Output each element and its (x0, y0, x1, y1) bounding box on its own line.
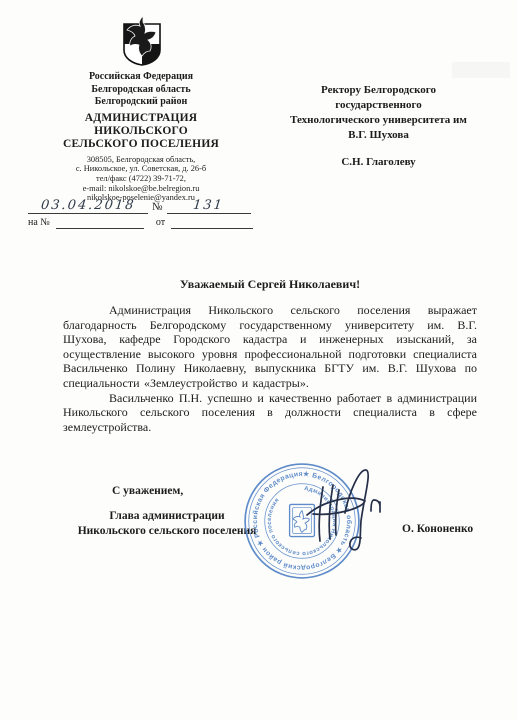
reply-date-blank (171, 217, 253, 229)
reply-number-blank (56, 217, 144, 229)
number-sign: № (152, 201, 163, 213)
scanned-letter-page: Российская Федерация Белгородская област… (0, 0, 517, 720)
salutation: Уважаемый Сергей Николаевич! (63, 277, 477, 292)
reference-row-reply: на № от (28, 217, 264, 229)
reply-na-label: на № (28, 217, 50, 229)
letterhead-country: Российская Федерация (30, 71, 252, 84)
addressee-block: Ректору Белгородского государственного Т… (252, 83, 505, 170)
closing-phrase: С уважением, (112, 485, 183, 497)
letterhead-district: Белгородский район (30, 96, 252, 109)
outgoing-number-handwritten: 131 (192, 198, 224, 213)
addressee-name: С.Н. Глаголеву (252, 155, 505, 170)
signature-ink (303, 453, 398, 561)
letter-body: Уважаемый Сергей Николаевич! Администрац… (63, 277, 477, 434)
scan-artifact (452, 62, 510, 78)
reference-block: 03.04.2018 № 131 на № от (28, 198, 264, 229)
reference-row-outgoing: 03.04.2018 № 131 (28, 198, 264, 214)
letterhead-region: Белгородская область (30, 84, 252, 97)
reply-ot-label: от (156, 217, 165, 229)
org-name: АДМИНИСТРАЦИЯ НИКОЛЬСКОГО СЕЛЬСКОГО ПОСЕ… (30, 112, 252, 151)
address-block: 308505, Белгородская область, с. Никольс… (30, 155, 252, 204)
coat-of-arms-icon (119, 15, 165, 71)
body-paragraph-1: Администрация Никольского сельского посе… (63, 303, 477, 391)
outgoing-date-handwritten: 03.04.2018 (40, 198, 136, 213)
body-paragraph-2: Васильченко П.Н. успешно и качественно р… (63, 391, 477, 435)
signer-name: О. Кононенко (402, 523, 473, 535)
letterhead: Российская Федерация Белгородская област… (30, 71, 252, 203)
